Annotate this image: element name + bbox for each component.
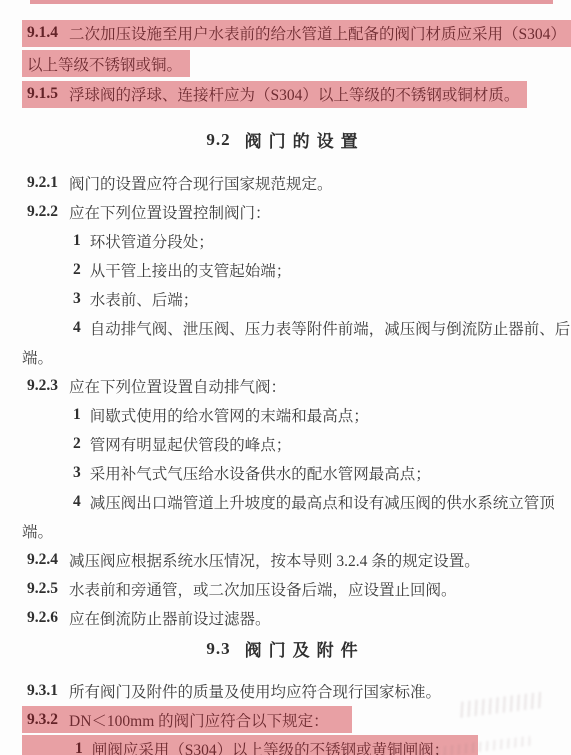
highlight-9.1.4: 9.1.4二次加压设施至用户水表前的给水管道上配备的阀门材质应采用（S304） (22, 20, 571, 47)
clause-text: 减压阀应根据系统水压情况，按本导则 3.2.4 条的规定设置。 (69, 549, 480, 571)
clause-9.2.1: 9.2.1阀门的设置应符合现行国家规范规定。 (0, 168, 571, 197)
clause-number: 9.2.5 (27, 580, 58, 598)
item-number: 3 (73, 290, 81, 308)
list-item-9.2.2-2: 2从干管上接出的支管起始端； (0, 255, 571, 284)
clause-number: 9.1.5 (27, 85, 58, 103)
clause-9.2.6: 9.2.6应在倒流防止器前设过滤器。 (0, 603, 571, 632)
list-item-9.2.2-1: 1环状管道分段处； (0, 226, 571, 255)
highlight-9.3.2-1: 1闸阀应采用（S304）以上等级的不锈钢或黄铜闸阀； (22, 735, 478, 755)
item-number: 1 (73, 232, 81, 250)
list-item-9.2.3-3: 3采用补气式气压给水设备供水的配水管网最高点； (0, 458, 571, 487)
list-item-9.2.3-2: 2管网有明显起伏管段的峰点； (0, 429, 571, 458)
item-number: 4 (73, 493, 81, 511)
item-number: 2 (73, 261, 81, 279)
clause-9.1.4: 9.1.4二次加压设施至用户水表前的给水管道上配备的阀门材质应采用（S304） (0, 18, 571, 48)
section-title: 阀门的设置 (245, 127, 365, 152)
section-heading-9.2: 9.2阀门的设置 (0, 126, 571, 153)
clause-text: DN＜100mm 的阀门应符合以下规定： (69, 709, 329, 731)
clause-text: 以上等级不锈钢或铜。 (27, 53, 182, 75)
item-text: 闸阀应采用（S304）以上等级的不锈钢或黄铜闸阀； (92, 738, 449, 755)
clause-number: 9.3.1 (27, 682, 58, 700)
clause-number: 9.2.1 (27, 174, 58, 192)
clause-text: 二次加压设施至用户水表前的给水管道上配备的阀门材质应采用（S304） (69, 22, 566, 44)
list-item-9.2.2-3: 3水表前、后端； (0, 284, 571, 313)
list-item-9.2.3-4-continuation: 端。 (0, 516, 571, 545)
item-text: 采用补气式气压给水设备供水的配水管网最高点； (90, 462, 431, 484)
document-page: 9.1.4二次加压设施至用户水表前的给水管道上配备的阀门材质应采用（S304） … (0, 0, 571, 755)
item-number: 2 (73, 435, 81, 453)
cutoff-highlight-strip (30, 0, 553, 4)
list-item-9.2.3-4: 4减压阀出口端管道上升坡度的最高点和设有减压阀的供水系统立管顶 (0, 487, 571, 516)
item-text: 自动排气阀、泄压阀、压力表等附件前端，减压阀与倒流防止器前、后 (90, 317, 571, 339)
clause-number: 9.2.2 (27, 203, 58, 221)
section-number: 9.2 (206, 130, 230, 150)
clause-number: 9.2.6 (27, 609, 58, 627)
item-number: 4 (73, 319, 81, 337)
clause-number: 9.3.2 (27, 711, 58, 729)
clause-text: 应在下列位置设置控制阀门： (69, 201, 271, 223)
item-number: 1 (73, 406, 81, 424)
item-text: 减压阀出口端管道上升坡度的最高点和设有减压阀的供水系统立管顶 (90, 491, 555, 513)
clause-number: 9.1.4 (27, 24, 58, 42)
list-item-9.2.3-1: 1间歇式使用的给水管网的末端和最高点； (0, 400, 571, 429)
highlight-9.3.2: 9.3.2DN＜100mm 的阀门应符合以下规定： (22, 706, 352, 733)
item-text: 从干管上接出的支管起始端； (90, 259, 292, 281)
clause-9.2.5: 9.2.5水表前和旁通管，或二次加压设备后端，应设置止回阀。 (0, 574, 571, 603)
clause-text: 浮球阀的浮球、连接杆应为（S304）以上等级的不锈钢或铜材质。 (69, 83, 519, 105)
item-number: 3 (73, 464, 81, 482)
clause-text: 所有阀门及附件的质量及使用均应符合现行国家标准。 (69, 680, 441, 702)
section-title: 阀门及附件 (245, 636, 365, 661)
highlight-9.1.4-cont: 以上等级不锈钢或铜。 (22, 50, 190, 77)
item-text: 管网有明显起伏管段的峰点； (90, 433, 292, 455)
clause-9.2.2: 9.2.2应在下列位置设置控制阀门： (0, 197, 571, 226)
section-number: 9.3 (206, 639, 230, 659)
item-text: 端。 (22, 520, 53, 542)
clause-number: 9.2.3 (27, 377, 58, 395)
clause-9.1.4-continuation: 以上等级不锈钢或铜。 (0, 48, 571, 79)
item-text: 间歇式使用的给水管网的末端和最高点； (90, 404, 369, 426)
item-text: 端。 (22, 346, 53, 368)
clause-number: 9.2.4 (27, 551, 58, 569)
highlight-9.1.5: 9.1.5浮球阀的浮球、连接杆应为（S304）以上等级的不锈钢或铜材质。 (22, 81, 527, 108)
list-item-9.2.2-4-continuation: 端。 (0, 342, 571, 371)
clause-9.2.3: 9.2.3应在下列位置设置自动排气阀： (0, 371, 571, 400)
document-content: 9.1.4二次加压设施至用户水表前的给水管道上配备的阀门材质应采用（S304） … (0, 0, 571, 755)
clause-text: 应在倒流防止器前设过滤器。 (69, 607, 271, 629)
item-text: 水表前、后端； (90, 288, 199, 310)
clause-text: 阀门的设置应符合现行国家规范规定。 (69, 172, 333, 194)
list-item-9.2.2-4: 4自动排气阀、泄压阀、压力表等附件前端，减压阀与倒流防止器前、后 (0, 313, 571, 342)
clause-text: 应在下列位置设置自动排气阀： (69, 375, 286, 397)
section-heading-9.3: 9.3阀门及附件 (0, 635, 571, 662)
item-text: 环状管道分段处； (90, 230, 214, 252)
clause-9.2.4: 9.2.4减压阀应根据系统水压情况，按本导则 3.2.4 条的规定设置。 (0, 545, 571, 574)
clause-9.1.5: 9.1.5浮球阀的浮球、连接杆应为（S304）以上等级的不锈钢或铜材质。 (0, 79, 571, 109)
item-number: 1 (75, 740, 83, 755)
clause-text: 水表前和旁通管，或二次加压设备后端，应设置止回阀。 (69, 578, 457, 600)
